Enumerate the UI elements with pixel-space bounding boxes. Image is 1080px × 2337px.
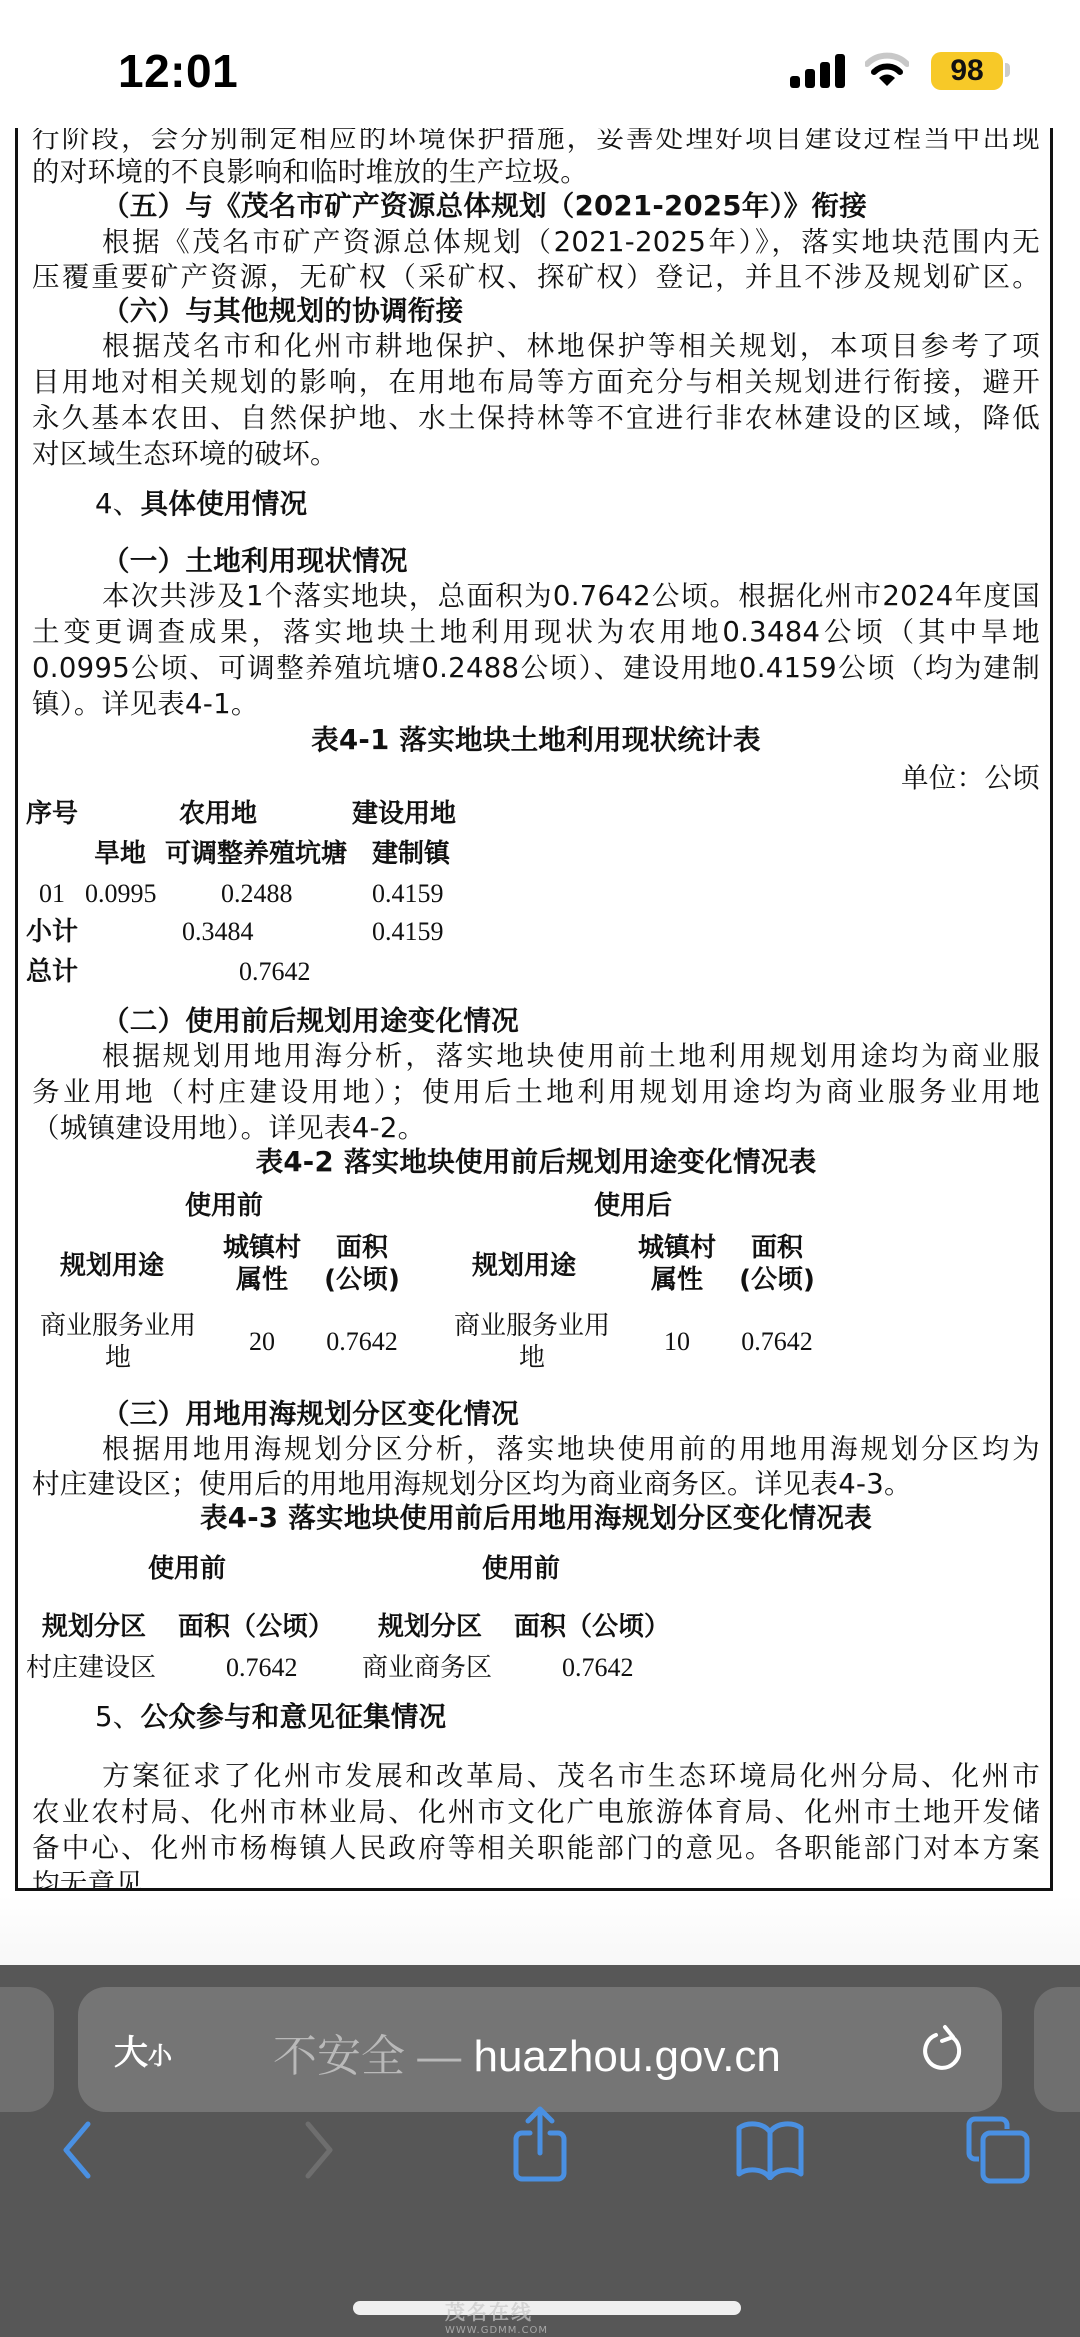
part4-heading: 4、具体使用情况 <box>95 486 307 522</box>
page-bottom-gap <box>0 1895 1080 1965</box>
paragraph-line: 根据规划用地用海分析，落实地块使用前土地利用规划用途均为商业服 <box>32 1038 1040 1074</box>
part5-title: 公众参与和意见征集情况 <box>141 1701 447 1733</box>
table-group-header: 使用前 <box>148 1553 226 1585</box>
subsection-heading-3: （三）用地用海规划分区变化情况 <box>102 1396 519 1432</box>
section-heading-5: （五）与《茂名市矿产资源总体规划（2021-2025年）》衔接 <box>102 188 867 224</box>
bookmarks-icon[interactable] <box>735 2120 805 2180</box>
table-header: 城镇村 <box>222 1232 302 1264</box>
table-cell: 20 <box>232 1326 292 1358</box>
part4-title: 具体使用情况 <box>141 488 308 520</box>
paragraph-line: 0.0995公顷、可调整养殖坑塘0.2488公顷）、建设用地0.4159公顷（均… <box>32 650 1040 686</box>
table-group-header: 使用前 <box>482 1553 560 1585</box>
insecure-label: 不安全 — <box>273 2032 461 2081</box>
table-header: 可调整养殖坑塘 <box>165 838 347 870</box>
table-header: 属性 <box>637 1264 717 1296</box>
table-cell: 0.0995 <box>85 878 157 910</box>
table-header: 建制镇 <box>372 838 450 870</box>
table-cell: 商业服务业用 <box>28 1310 208 1342</box>
table-cell: 0.7642 <box>732 1326 822 1358</box>
section-heading-6: （六）与其他规划的协调衔接 <box>102 293 463 329</box>
text-size-big: 大 <box>114 2033 148 2073</box>
table-header: 规划分区 <box>378 1611 482 1643</box>
table-cell: 地 <box>442 1342 622 1374</box>
paragraph-line: 村庄建设区；使用后的用地用海规划分区均为商业商务区。详见表4-3。 <box>32 1466 912 1502</box>
battery-level: 98 <box>950 54 983 88</box>
status-time: 12:01 <box>118 44 238 98</box>
watermark-url: WWW.GDMM.COM <box>445 2325 548 2336</box>
watermark: 茂名在线WWW.GDMM.COM <box>445 2296 548 2336</box>
table-cell: 商业商务区 <box>362 1652 492 1684</box>
table-header: (公顷) <box>737 1264 817 1296</box>
tabs-icon[interactable] <box>965 2115 1031 2185</box>
battery-tip <box>1005 63 1010 77</box>
table-cell: 小计 <box>26 916 78 948</box>
table-4-2-caption: 表4-2 落实地块使用前后规划用途变化情况表 <box>32 1144 1040 1180</box>
table-cell: 村庄建设区 <box>26 1652 156 1684</box>
paragraph-line: 根据用地用海规划分区分析，落实地块使用前的用地用海规划分区均为 <box>32 1431 1040 1467</box>
url-text[interactable]: 不安全 — huazhou.gov.cn <box>273 2020 781 2084</box>
table-header: (公顷) <box>322 1264 402 1296</box>
table-header: 建设用地 <box>352 798 456 830</box>
table-header: 城镇村 <box>637 1232 717 1264</box>
reload-icon[interactable] <box>919 2023 969 2077</box>
part5-number: 5、 <box>95 1701 141 1733</box>
table-cell: 商业服务业用 <box>442 1310 622 1342</box>
paragraph-line: 土变更调查成果，落实地块土地利用现状为农用地0.3484公顷（其中旱地 <box>32 614 1040 650</box>
paragraph-line: 镇）。详见表4-1。 <box>32 686 259 722</box>
table-cell: 0.7642 <box>239 956 311 988</box>
table-header: 农用地 <box>179 798 257 830</box>
table-cell: 10 <box>647 1326 707 1358</box>
paragraph-line: 农业农村局、化州市林业局、化州市文化广电旅游体育局、化州市土地开发储 <box>32 1794 1040 1830</box>
table-cell: 0.4159 <box>372 916 444 948</box>
paragraph-line: 根据《茂名市矿产资源总体规划（2021-2025年）》，落实地块范围内无 <box>32 224 1040 260</box>
paragraph-line: 永久基本农田、自然保护地、水土保持林等不宜进行非农林建设的区域，降低 <box>32 400 1040 436</box>
paragraph-line: （城镇建设用地）。详见表4-2。 <box>32 1110 425 1146</box>
table-cell: 0.2488 <box>221 878 293 910</box>
table-cell: 地 <box>28 1342 208 1374</box>
table-cell: 0.3484 <box>182 916 254 948</box>
table-header: 规划分区 <box>42 1611 146 1643</box>
table-header: 面积（公顷） <box>178 1611 334 1643</box>
table-4-1-unit: 单位：公顷 <box>901 760 1040 796</box>
paragraph-line: 压覆重要矿产资源，无矿权（采矿权、探矿权）登记，并且不涉及规划矿区。 <box>32 259 1040 295</box>
document-page: 行阶段，会分别制定相应的环境保护措施，妥善处理好项目建设过程当中出现 的对环境的… <box>15 128 1053 1891</box>
table-group-header: 使用前 <box>185 1190 263 1222</box>
paragraph-line: 行阶段，会分别制定相应的环境保护措施，妥善处理好项目建设过程当中出现 <box>32 128 1040 156</box>
url-domain: huazhou.gov.cn <box>473 2032 780 2081</box>
text-size-button[interactable]: 大小 <box>114 2025 172 2074</box>
back-icon[interactable] <box>60 2120 100 2180</box>
table-header: 面积 <box>737 1232 817 1264</box>
status-bar: 12:01 98 <box>0 0 1080 130</box>
battery-icon: 98 <box>931 52 1003 90</box>
table-header: 规划用途 <box>472 1250 576 1282</box>
browser-toolbar: 大小 不安全 — huazhou.gov.cn <box>0 1965 1080 2337</box>
paragraph-line: 本次共涉及1个落实地块，总面积为0.7642公顷。根据化州市2024年度国 <box>32 578 1040 614</box>
watermark-text: 茂名在线 <box>445 2300 533 2324</box>
table-header: 旱地 <box>94 838 146 870</box>
subsection-heading-2: （二）使用前后规划用途变化情况 <box>102 1003 519 1039</box>
share-icon[interactable] <box>510 2105 570 2185</box>
table-cell: 0.7642 <box>562 1652 634 1684</box>
previous-tab-card[interactable] <box>0 1987 54 2112</box>
table-cell: 总计 <box>26 956 78 988</box>
address-bar[interactable]: 大小 不安全 — huazhou.gov.cn <box>78 1987 1002 2112</box>
next-tab-card[interactable] <box>1034 1987 1080 2112</box>
paragraph-line: 均无意见。 <box>32 1866 171 1891</box>
table-cell: 0.7642 <box>317 1326 407 1358</box>
paragraph-line: 方案征求了化州市发展和改革局、茂名市生态环境局化州分局、化州市 <box>32 1758 1040 1794</box>
part5-heading: 5、公众参与和意见征集情况 <box>95 1699 446 1735</box>
table-header: 规划用途 <box>60 1250 164 1282</box>
part4-number: 4、 <box>95 488 141 520</box>
table-header: 属性 <box>222 1264 302 1296</box>
table-4-1-caption: 表4-1 落实地块土地利用现状统计表 <box>32 722 1040 758</box>
paragraph-line: 对区域生态环境的破坏。 <box>32 436 338 472</box>
paragraph-line: 的对环境的不良影响和临时堆放的生产垃圾。 <box>32 154 588 190</box>
paragraph-line: 备中心、化州市杨梅镇人民政府等相关职能部门的意见。各职能部门对本方案 <box>32 1830 1040 1866</box>
table-4-3-caption: 表4-3 落实地块使用前后用地用海规划分区变化情况表 <box>32 1500 1040 1536</box>
wifi-icon <box>865 52 909 88</box>
paragraph-line: 目用地对相关规划的影响，在用地布局等方面充分与相关规划进行衔接，避开 <box>32 364 1040 400</box>
signal-icon <box>790 54 846 88</box>
table-cell: 0.4159 <box>372 878 444 910</box>
table-cell: 01 <box>39 878 65 910</box>
table-header: 序号 <box>26 798 78 830</box>
table-header: 面积（公顷） <box>514 1611 670 1643</box>
paragraph-line: 根据茂名市和化州市耕地保护、林地保护等相关规划，本项目参考了项 <box>32 328 1040 364</box>
forward-icon[interactable] <box>298 2120 338 2180</box>
table-header: 面积 <box>322 1232 402 1264</box>
text-size-small: 小 <box>148 2042 172 2070</box>
table-group-header: 使用后 <box>594 1190 672 1222</box>
subsection-heading-1: （一）土地利用现状情况 <box>102 543 408 579</box>
paragraph-line: 务业用地（村庄建设用地）；使用后土地利用规划用途均为商业服务业用地 <box>32 1074 1040 1110</box>
table-cell: 0.7642 <box>226 1652 298 1684</box>
